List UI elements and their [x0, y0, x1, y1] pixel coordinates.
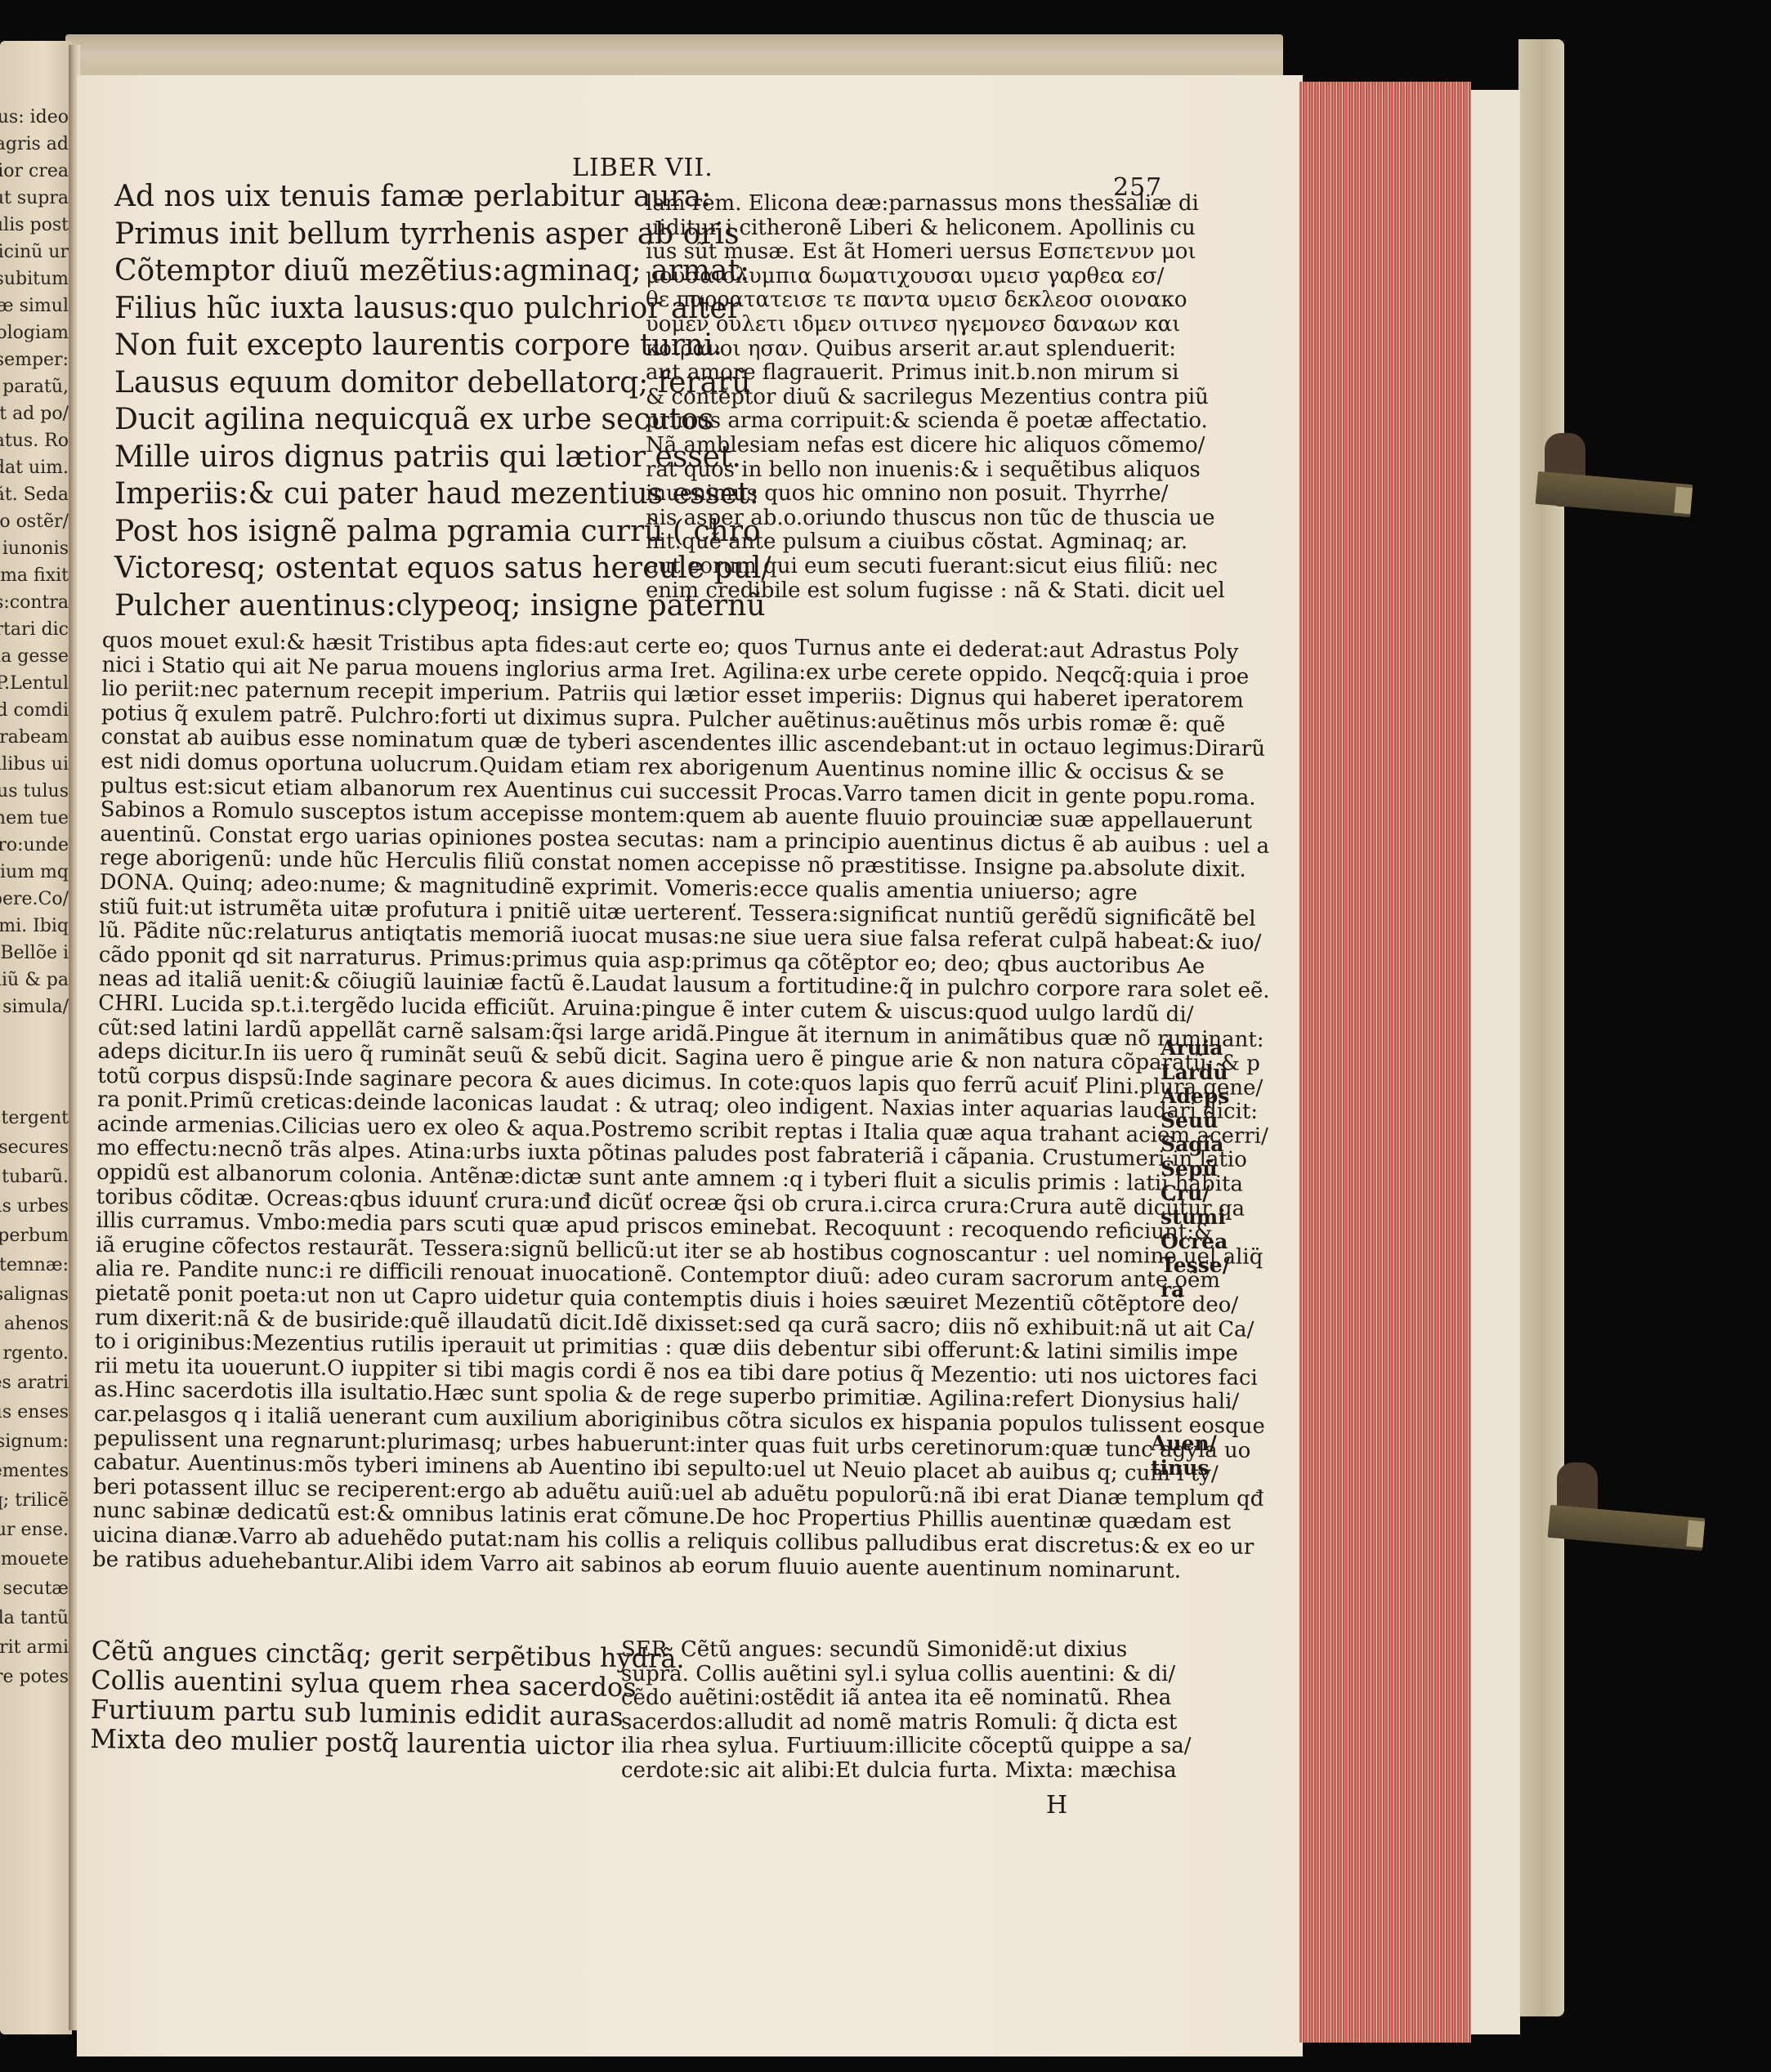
commentary-right-bottom: SER. Cẽtũ angues: secundũ Simonidẽ:ut di… [621, 1638, 1192, 1784]
left-page-text-fragment: rgento. [3, 1342, 69, 1365]
left-page-text-fragment: essera signum: [0, 1431, 69, 1454]
left-page-text-fragment: s superbum [0, 1225, 69, 1248]
commentary-line: aut amore flagrauerit. Primus init.b.non… [646, 361, 1225, 386]
marginal-note: Sepũ [1161, 1157, 1230, 1181]
left-page-text-fragment: sentit Varro:unde [0, 834, 69, 857]
left-page-text-fragment: riæ q̃litas dat uim. [0, 457, 69, 480]
left-page-text-fragment: ctũtq; salignas [0, 1284, 69, 1306]
greek-line: θε παρρατατεισε τε παντα υμεισ δεκλεοσ ο… [646, 288, 1225, 313]
left-page-text-fragment: los ãt a numa fixit [0, 565, 69, 587]
red-fore-edge [1299, 82, 1471, 2043]
left-page-text-fragment: i scythia tartari dic [0, 618, 69, 641]
commentary-full-width: quos mouet exul:& hæsit Tristibus apta f… [92, 629, 1273, 1584]
left-page-text-fragment: rnacibus enses [0, 1401, 69, 1424]
clasp-tip [1674, 487, 1693, 515]
left-page-text-fragment: is suis ab agris ad [0, 133, 69, 156]
left-page-text-fragment: c.is qui prior crea [0, 160, 69, 183]
left-page-text-fragment: cepto cõsulis post [0, 214, 69, 237]
left-page-text-fragment: cunde simula/ [0, 996, 69, 1019]
fore-edge-margin [1471, 90, 1520, 2034]
commentary-line: & contẽptor diuũ & sacrilegus Mezentius … [646, 386, 1225, 410]
left-page-text-fragment: gabiis accepere.Co/ [0, 888, 69, 911]
marginal-note: Ocrea [1161, 1230, 1230, 1254]
left-page-text-fragment: o: quãdo uicinũ ur [0, 241, 69, 264]
left-page-text-fragment: nam & tubæ simul [0, 295, 69, 318]
marginal-note: Cru/ [1161, 1181, 1230, 1206]
marginal-note: Adeps [1161, 1084, 1230, 1109]
verse-block-bottom: Cẽtũ angues cinctãq; gerit serpẽtibus hy… [90, 1636, 685, 1762]
left-page-text-fragment: gitur ense. [0, 1519, 69, 1542]
left-page-text-fragment: dibus urbes [0, 1195, 69, 1218]
left-page-text-fragment: amq; mouete [0, 1548, 69, 1571]
marginal-notes: Aruia Lardũ Adeps Seuũ Sagĩa Sepũ Cru/ s… [1161, 1036, 1230, 1302]
left-page-text-fragment: scos originem tue [0, 807, 69, 830]
left-page-text-fragment: s ahenos [0, 1313, 69, 1336]
marginal-note: Sagĩa [1161, 1132, 1230, 1157]
left-page-text-fragment: tuit factio iunonis [0, 538, 69, 560]
left-page-text-fragment: z antemnæ: [0, 1254, 69, 1277]
marginal-note: Lardũ [1161, 1061, 1230, 1085]
left-page-text-fragment: uc oẽs aratri [0, 1372, 69, 1395]
left-page-text-fragment: a idicturus: ideo [0, 106, 69, 129]
left-page-text-fragment: cebat.Ergo ostẽr/ [0, 511, 69, 534]
left-page-text-fragment: orare potes [0, 1666, 69, 1689]
commentary-line: SER. Cẽtũ angues: secundũ Simonidẽ:ut di… [621, 1638, 1192, 1663]
left-page-text-fragment: auroq; trilicẽ [0, 1489, 69, 1512]
commentary-line: lam rem. Elicona deæ:parnassus mons thes… [646, 192, 1225, 217]
left-page-text-fragment: usitala tantũ [0, 1607, 69, 1630]
marginal-note: Tesse/ [1161, 1253, 1230, 1278]
left-page-text-fragment: cinde consilibus ui [0, 753, 69, 776]
commentary-line: uiditur i citheronẽ Liberi & heliconem. … [646, 217, 1225, 241]
greek-line: μουσαιολυμπια δωματιχουσαι υμεισ γαρθεα … [646, 265, 1225, 289]
left-page-text-fragment: Trabea:trabeam [0, 726, 69, 749]
commentary-right-top: lam rem. Elicona deæ:parnassus mons thes… [646, 192, 1225, 603]
vellum-binding-spine-edge [1518, 39, 1564, 2016]
commentary-line: cẽdo auẽtini:ostẽdit iã antea ita eẽ nom… [621, 1686, 1192, 1711]
commentary-line: primus arma corripuit:& scienda ẽ poetæ … [646, 409, 1225, 434]
left-page-text-fragment: nit populos:contra [0, 592, 69, 614]
signature-mark: H [1046, 1791, 1067, 1820]
left-page-text-fragment: t obseruatus. Ro [0, 430, 69, 453]
left-page-text-fragment: t secures [0, 1136, 69, 1159]
commentary-line: κοιρανοι ησαν. Quibus arserit ar.aut spl… [646, 337, 1225, 362]
left-page-text-fragment: emq; secutæ [0, 1578, 69, 1601]
left-page-text-fragment: ere aperiãt. Seda [0, 484, 69, 507]
marginal-note: stumi [1161, 1205, 1230, 1230]
marginal-note: Aruia [1161, 1036, 1230, 1061]
clasp-strap-lower [1548, 1505, 1706, 1551]
commentary-line: ilia rhea sylua. Furtiuum:illicite cõcep… [621, 1735, 1192, 1759]
commentary-line: inuenimus quos hic omnino non posuit. Th… [646, 482, 1225, 507]
marginal-note: Auen/ [1151, 1431, 1217, 1456]
left-page-text-fragment: nia.p.acyrologiam [0, 322, 69, 345]
left-page-text-fragment: parthos ad comdi [0, 699, 69, 722]
left-page-text-fragment: a tergent [0, 1107, 69, 1130]
clasp-tip [1686, 1521, 1705, 1548]
left-page-text-fragment: : ille sementes [0, 1460, 69, 1483]
left-page-text-fragment: is ante:nõ semper: [0, 349, 69, 372]
left-page-text-fragment: natas per.P.Lentul [0, 672, 69, 695]
left-page-text-fragment: & patrem paratũ, [0, 376, 69, 399]
commentary-line: rat quos in bello non inuenis:& i sequẽt… [646, 458, 1225, 483]
greek-line: υομεν ουλετι ιδμεν οιτινεσ ηγεμονεσ δανα… [646, 313, 1225, 337]
commentary-line: nis asper ab.o.oriundo thuscus non tũc d… [646, 507, 1225, 531]
marginal-note: ra [1161, 1278, 1230, 1302]
marginal-note: Seuũ [1161, 1109, 1230, 1133]
left-page-text-fragment: .tria sunt ut supra [0, 187, 69, 210]
left-page-text-fragment: arci maximi. Ibiq [0, 915, 69, 938]
left-page-text-fragment: r capitoliũ & pa [0, 969, 69, 992]
left-page-text-fragment: ante tẽplũ Bellõe i [0, 942, 69, 965]
commentary-line: cerdote:sic ait alibi:Et dulcia furta. M… [621, 1759, 1192, 1784]
marginal-note: tinus [1151, 1456, 1217, 1480]
commentary-line: supra. Collis auẽtini syl.i sylua collis… [621, 1663, 1192, 1687]
left-page-text-fragment: entu hostium mq [0, 861, 69, 884]
left-page-text-fragment: bea primus tulus [0, 780, 69, 803]
left-page-text-fragment: git. Nã ad subitum [0, 268, 69, 291]
left-page-text-fragment: tra italiã bella gesse [0, 645, 69, 668]
commentary-line: sacerdos:alludit ad nomẽ matris Romuli: … [621, 1711, 1192, 1735]
left-page-text-fragment: ire tubarũ. [0, 1166, 69, 1189]
commentary-line: nit:quẽ ante pulsum a ciuibus cõstat. Ag… [646, 530, 1225, 555]
left-page-text-fragment: arserit armi [0, 1637, 69, 1659]
commentary-line: aut eorum qui eum secuti fuerant:sicut e… [646, 555, 1225, 579]
commentary-line: ius sũt musæ. Est ãt Homeri uersus Εσπετ… [646, 240, 1225, 265]
left-page-edge: a idicturus: ideois suis ab agris adc.is… [0, 41, 72, 2034]
commentary-line: Nã amblesiam nefas est dicere hic aliquo… [646, 434, 1225, 458]
marginal-notes-lower: Auen/ tinus [1151, 1431, 1217, 1480]
commentary-line: enim credibile est solum fugisse : nã & … [646, 579, 1225, 604]
left-page-text-fragment: egẽ facit q̃et ad po/ [0, 403, 69, 426]
